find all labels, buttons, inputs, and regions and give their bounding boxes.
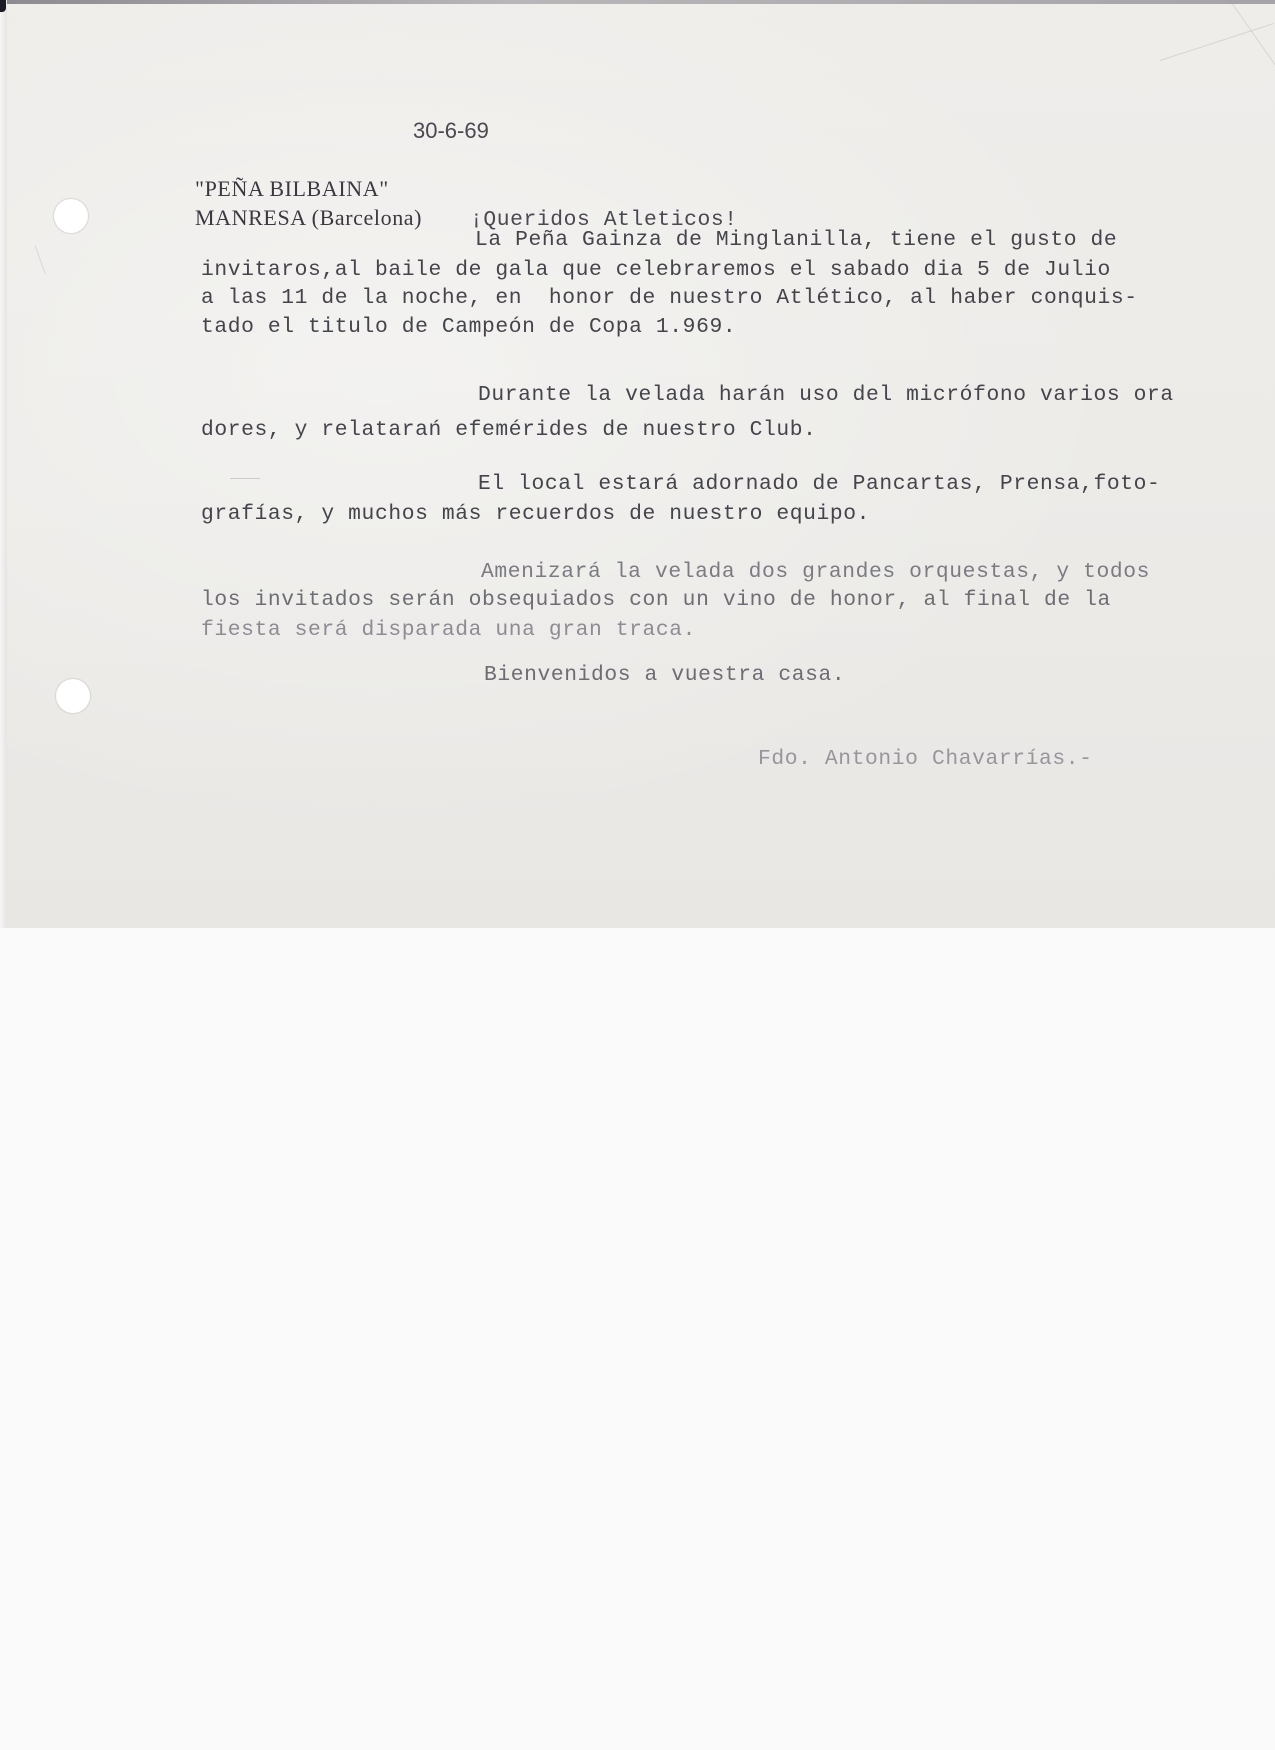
body-line: El local estará adornado de Pancartas, P… — [478, 474, 1160, 495]
body-line: Amenizará la velada dos grandes orquesta… — [481, 562, 1150, 583]
punch-hole-icon — [56, 679, 90, 713]
letter-date: 30-6-69 — [413, 120, 489, 142]
paper-crease — [1160, 23, 1274, 61]
body-line: grafías, y muchos más recuerdos de nuest… — [201, 504, 870, 525]
stray-mark — [230, 478, 260, 479]
blank-scan-area — [0, 928, 1275, 1750]
scanner-corner-mark — [0, 0, 6, 12]
body-line: fiesta será disparada una gran traca. — [201, 620, 696, 641]
paper-crease — [1230, 0, 1275, 74]
body-line: a las 11 de la noche, en honor de nuestr… — [201, 288, 1138, 309]
paper-left-edge — [0, 0, 7, 928]
body-line: tado el titulo de Campeón de Copa 1.969. — [201, 317, 736, 338]
paper-crease — [35, 245, 46, 274]
recipient-name: "PEÑA BILBAINA" — [195, 178, 389, 200]
body-line: Durante la velada harán uso del micrófon… — [478, 385, 1174, 406]
recipient-location: MANRESA (Barcelona) — [195, 207, 422, 229]
signature: Fdo. Antonio Chavarrías.- — [758, 749, 1093, 770]
body-line: los invitados serán obsequiados con un v… — [201, 590, 1111, 611]
scanned-letter-page: 30-6-69 "PEÑA BILBAINA" MANRESA (Barcelo… — [0, 0, 1275, 928]
body-line: dores, y relatarań efemérides de nuestro… — [201, 420, 817, 441]
body-line: La Peña Gainza de Minglanilla, tiene el … — [475, 230, 1117, 251]
paper-top-edge — [0, 0, 1275, 4]
punch-hole-icon — [54, 199, 88, 233]
body-line: invitaros,al baile de gala que celebrare… — [201, 260, 1111, 281]
closing-line: Bienvenidos a vuestra casa. — [484, 665, 845, 686]
